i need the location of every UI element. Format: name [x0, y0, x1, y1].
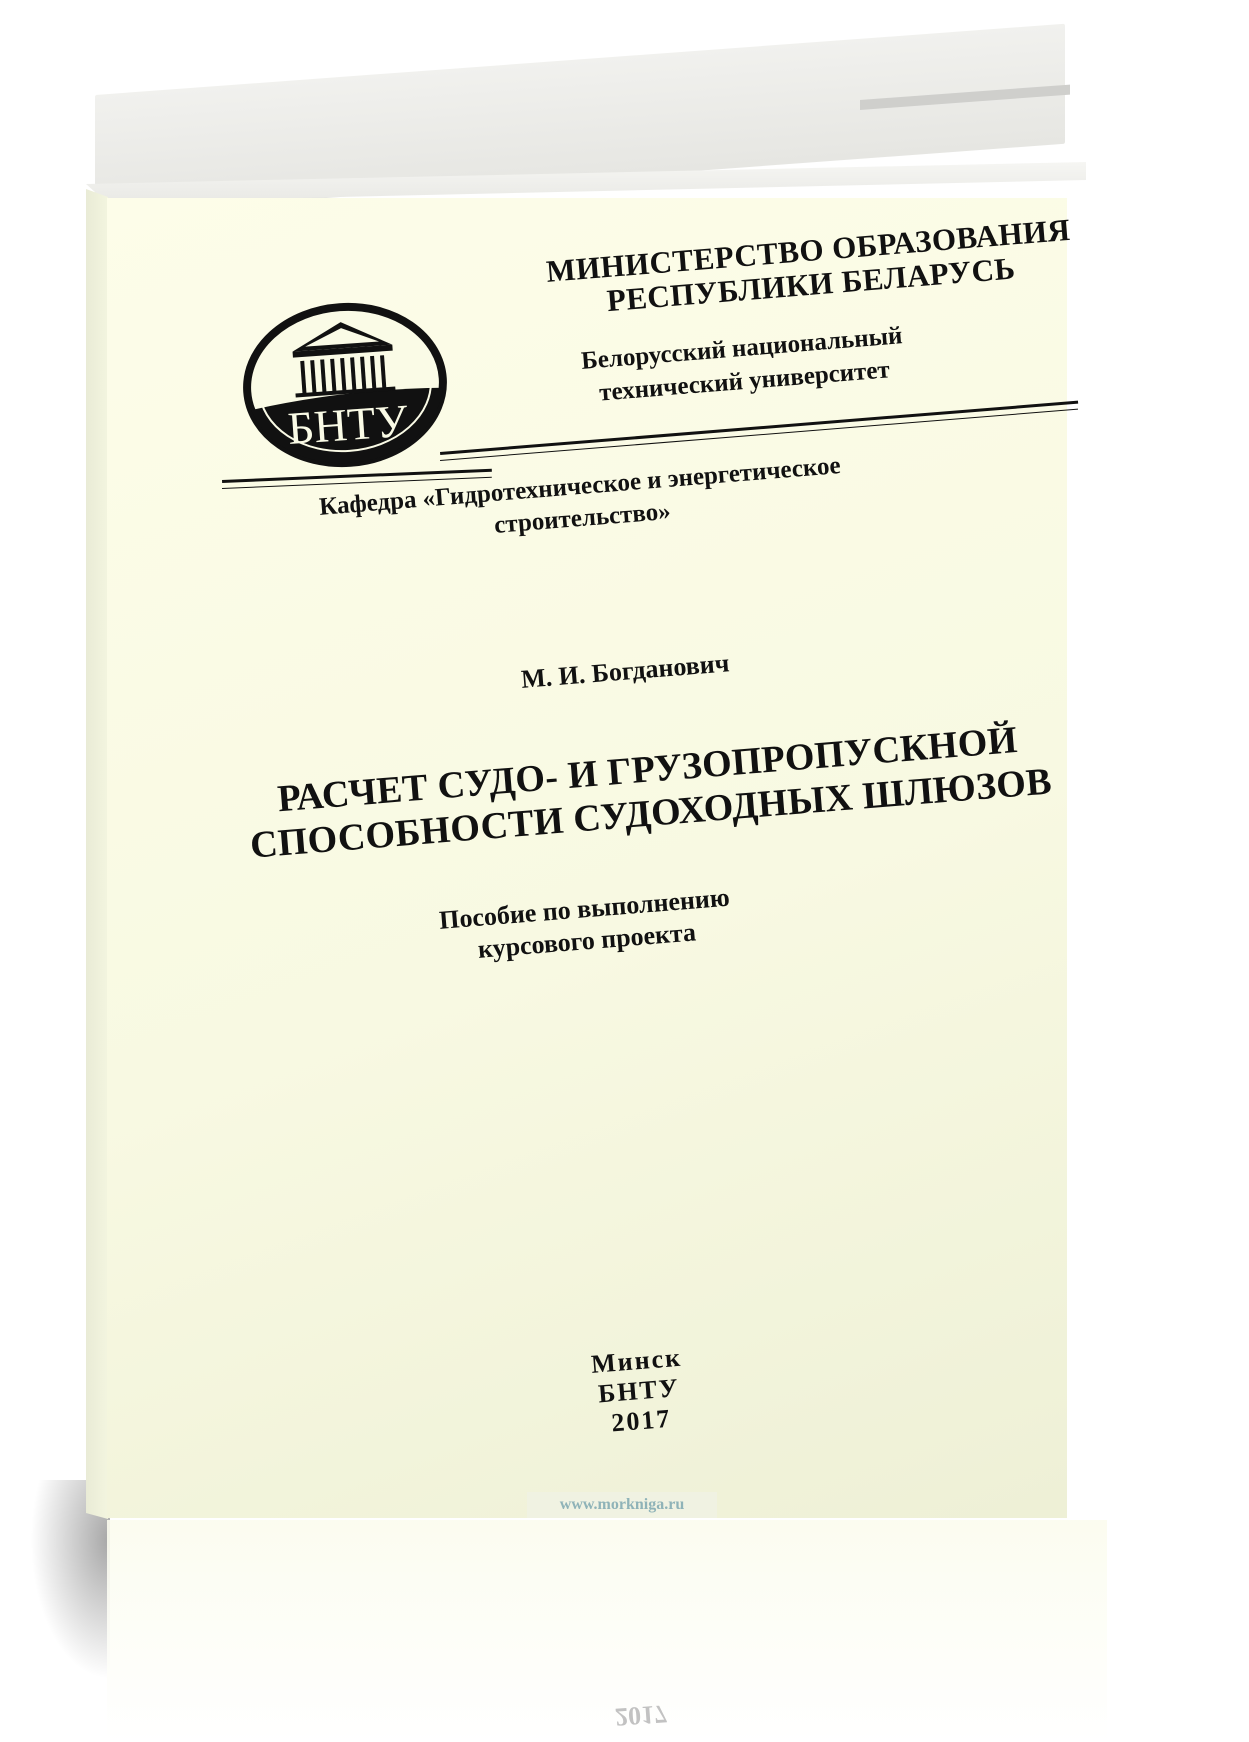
- book-title: РАСЧЕТ СУДО- И ГРУЗОПРОПУСКНОЙ СПОСОБНОС…: [245, 716, 1053, 868]
- book-subtitle: Пособие по выполнению курсового проекта: [438, 882, 733, 969]
- publication-info: Минск БНТУ 2017: [590, 1343, 688, 1440]
- cover-content: БНТУ МИНИСТЕРСТВО ОБРАЗОВАНИЯ РЕСПУБЛИКИ…: [0, 0, 1249, 1742]
- bntu-logo-icon: БНТУ: [234, 293, 455, 477]
- author-name: М. И. Богданович: [520, 648, 730, 695]
- university-name: Белорусский национальный технический уни…: [580, 319, 906, 411]
- divider-line-thin: [440, 409, 1078, 461]
- divider-line: [440, 401, 1078, 455]
- svg-text:БНТУ: БНТУ: [286, 395, 410, 454]
- watermark-link[interactable]: www.morkniga.ru: [527, 1492, 717, 1518]
- ministry-heading: МИНИСТЕРСТВО ОБРАЗОВАНИЯ РЕСПУБЛИКИ БЕЛА…: [545, 213, 1074, 323]
